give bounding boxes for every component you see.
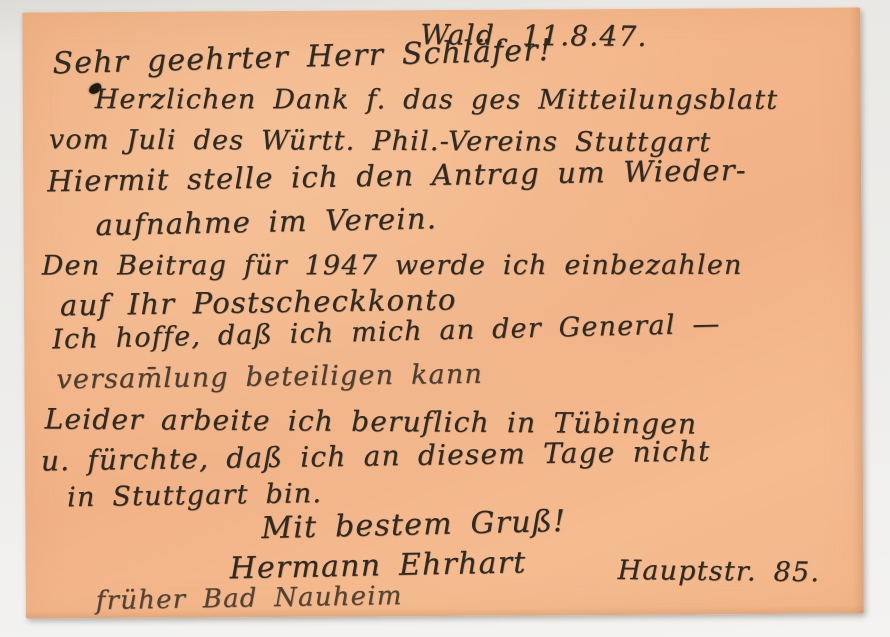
body-line-4: aufnahme im Verein. (95, 201, 437, 242)
body-line-11: in Stuttgart bin. (67, 478, 323, 513)
closing-line: Mit bestem Gruß! (261, 504, 567, 546)
scanner-background: Wald, 11.8.47. Sehr geehrter Herr Schläf… (0, 0, 890, 637)
postcard: Wald, 11.8.47. Sehr geehrter Herr Schläf… (22, 7, 864, 618)
body-line-5: Den Beitrag für 1947 werde ich einbezahl… (42, 250, 743, 282)
body-line-8: versam̄lung beteiligen kann (56, 359, 483, 396)
salutation-line: Sehr geehrter Herr Schläfer! (52, 33, 552, 82)
body-line-9: Leider arbeite ich beruflich in Tübingen (45, 402, 698, 440)
body-line-2: vom Juli des Württ. Phil.-Vereins Stuttg… (49, 124, 712, 158)
card-edge-shadow (850, 7, 864, 613)
signature-name: Hermann Ehrhart (229, 545, 527, 586)
body-line-3: Hiermit stelle ich den Antrag um Wieder- (47, 153, 747, 199)
body-line-10: u. fürchte, daß ich an diesem Tage nicht (41, 435, 711, 478)
signature-address: Hauptstr. 85. (617, 555, 820, 588)
body-line-1: Herzlichen Dank f. das ges Mitteilungsbl… (95, 84, 779, 116)
